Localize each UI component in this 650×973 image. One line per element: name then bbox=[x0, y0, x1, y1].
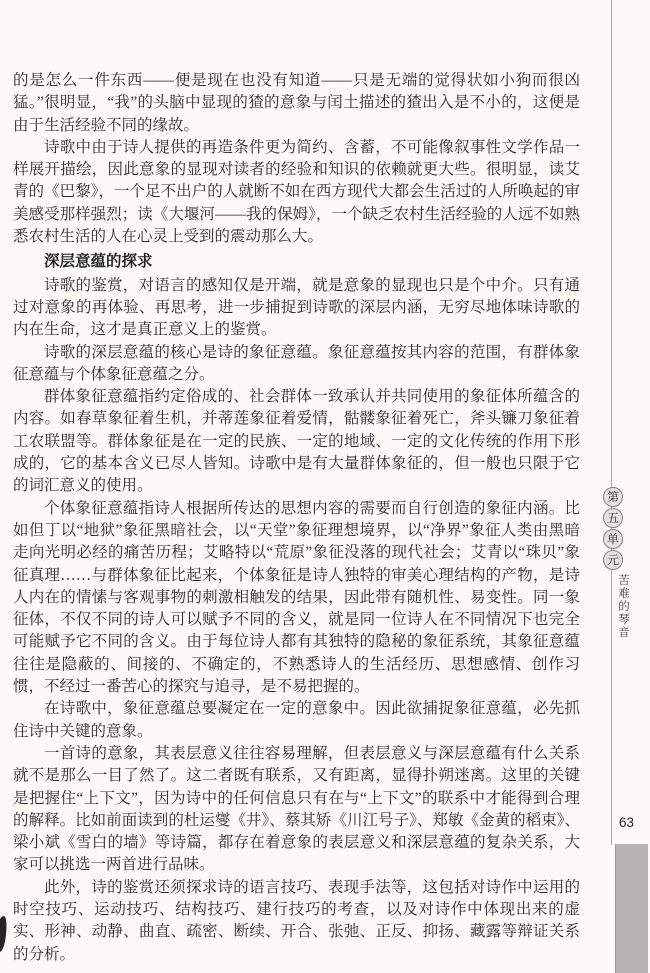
unit-title-vertical: 苦难的琴音 bbox=[615, 574, 631, 639]
section-heading: 深层意蕴的探求 bbox=[13, 251, 580, 273]
body-paragraph: 诗歌的深层意蕴的核心是诗的象征意蕴。象征意蕴按其内容的范围，有群体象征意蕴与个体… bbox=[13, 342, 580, 387]
unit-circle-char: 单 bbox=[603, 529, 623, 549]
body-paragraph: 群体象征意蕴指约定俗成的、社会群体一致承认并共同使用的象征体所蕴含的内容。如春草… bbox=[13, 386, 580, 497]
unit-circle-char: 第 bbox=[603, 487, 623, 507]
paragraph-continuation: 的是怎么一件东西——便是现在也没有知道——只是无端的觉得状如小狗而很凶猛。”很明… bbox=[13, 70, 580, 137]
body-paragraph: 一首诗的意象，其表层意义往往容易理解，但表层意义与深层意蕴有什么关系就不是那么一… bbox=[13, 743, 580, 877]
scan-smudge-mark bbox=[0, 916, 8, 953]
body-paragraph: 诗歌中由于诗人提供的再造条件更为简约、含蓄，不可能像叙事性文学作品一样展开描绘，… bbox=[13, 137, 580, 248]
sidebar-divider-line bbox=[611, 0, 612, 845]
unit-circle-char: 元 bbox=[603, 550, 623, 570]
main-text-column: 的是怎么一件东西——便是现在也没有知道——只是无端的觉得状如小狗而很凶猛。”很明… bbox=[13, 70, 580, 966]
page-edge-shade bbox=[615, 844, 648, 973]
unit-label-circles: 第 五 单 元 bbox=[603, 487, 623, 570]
body-paragraph: 在诗歌中，象征意蕴总要凝定在一定的意象中。因此欲捕捉象征意蕴，必先抓住诗中关键的… bbox=[13, 698, 580, 743]
body-paragraph: 诗歌的鉴赏，对语言的感知仅是开端，就是意象的显现也只是个中介。只有通过对意象的再… bbox=[13, 275, 580, 342]
book-page: 的是怎么一件东西——便是现在也没有知道——只是无端的觉得状如小狗而很凶猛。”很明… bbox=[0, 0, 650, 973]
unit-circle-char: 五 bbox=[603, 508, 623, 528]
body-paragraph: 个体象征意蕴指诗人根据所传达的思想内容的需要而自行创造的象征内涵。比如但丁以“地… bbox=[13, 498, 580, 699]
page-number: 63 bbox=[619, 815, 634, 830]
body-paragraph: 此外，诗的鉴赏还须探求诗的语言技巧、表现手法等，这包括对诗作中运用的时空技巧、运… bbox=[13, 877, 580, 966]
